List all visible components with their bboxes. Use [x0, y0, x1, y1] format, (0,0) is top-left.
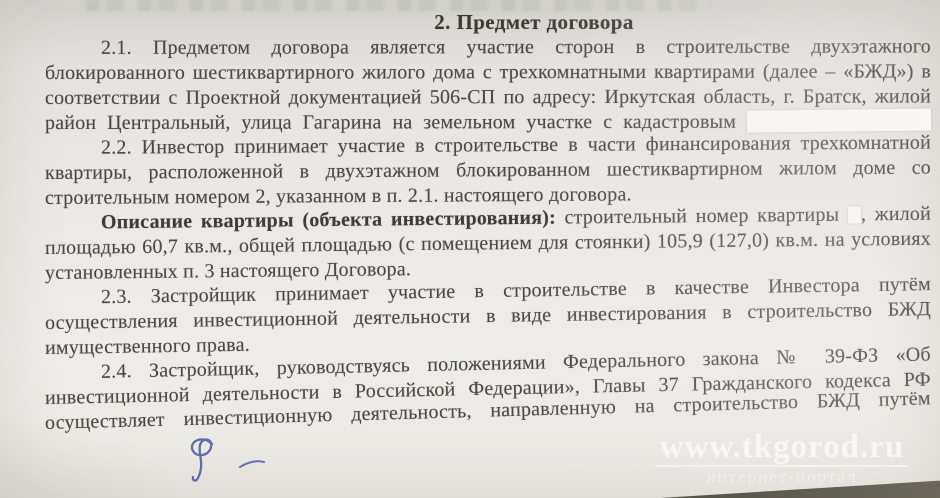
redaction-box-cadastral-number [747, 108, 931, 132]
paragraph-2-1-line-1: 2.1. Предметом договора является участие… [45, 34, 931, 61]
line-text: строительный номер квартиры [556, 204, 848, 229]
redaction-box-apartment-number [848, 206, 861, 223]
contract-text-column: 2. Предмет договора 2.1. Предметом догов… [45, 9, 931, 436]
document-photo-paper: 2. Предмет договора 2.1. Предметом догов… [0, 0, 940, 498]
section-heading: 2. Предмет договора [91, 9, 940, 36]
watermark: www.tkgorod.ru интернет-портал [626, 430, 938, 487]
line-text: , жилой [861, 203, 931, 226]
line-text: район Центральный, улица Гагарина на зем… [45, 111, 736, 134]
paragraph-2-1-line-2: блокированного шестиквартирного жилого д… [45, 59, 931, 86]
apartment-description-bold-label: Описание квартиры (объекта инвестировани… [101, 207, 556, 234]
handwritten-signature [176, 436, 296, 488]
desk-surface-corner [620, 470, 940, 498]
paragraph-2-1-line-3: соответствии с Проектной документацией 5… [45, 84, 931, 111]
